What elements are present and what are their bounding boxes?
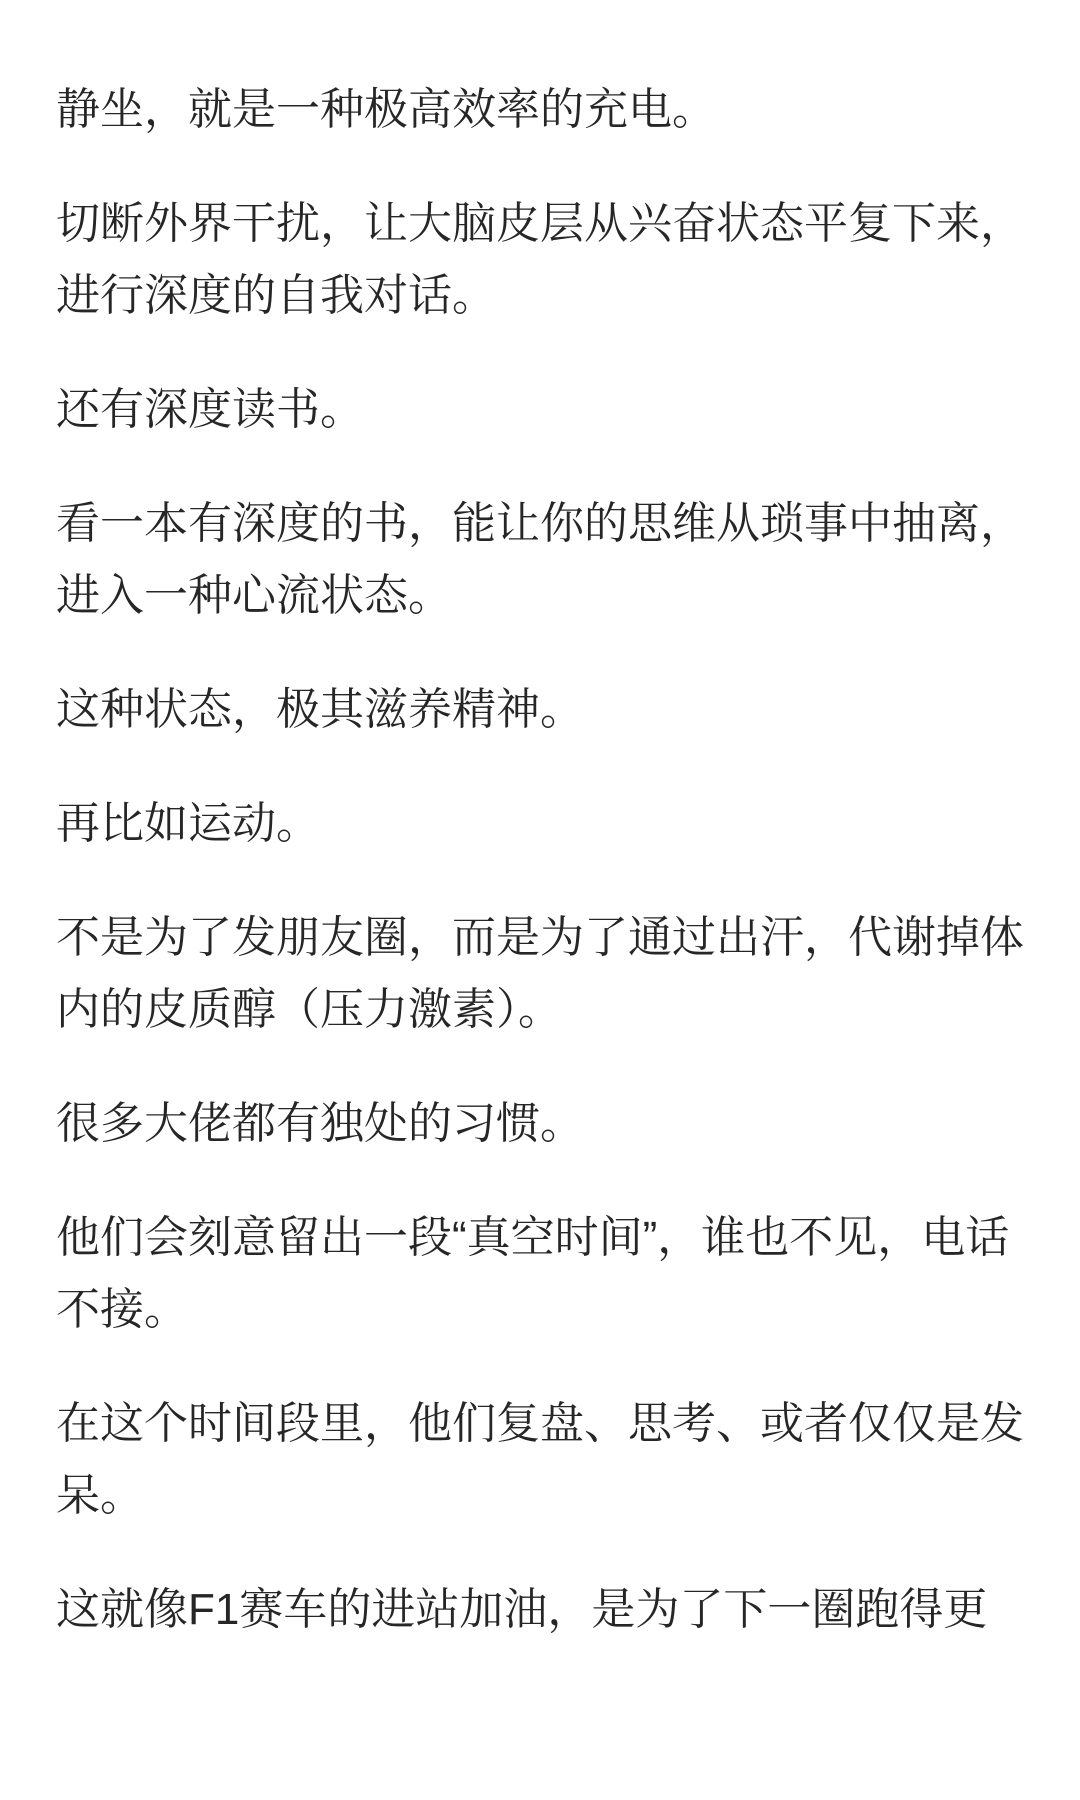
text-line: 内的皮质醇（压力激素）。: [56, 974, 1026, 1046]
text-line: 不是为了发朋友圈，而是为了通过出汗，代谢掉体: [56, 902, 1026, 974]
paragraph: 再比如运动。: [56, 788, 1026, 860]
text-line: 在这个时间段里，他们复盘、思考、或者仅仅是发: [56, 1388, 1026, 1460]
paragraph: 切断外界干扰，让大脑皮层从兴奋状态平复下来，进行深度的自我对话。: [56, 188, 1026, 332]
text-line: 他们会刻意留出一段“真空时间”，谁也不见，电话: [56, 1202, 1026, 1274]
text-line: 这就像F1赛车的进站加油，是为了下一圈跑得更: [56, 1574, 1026, 1646]
text-line: 进入一种心流状态。: [56, 560, 1026, 632]
text-line: 切断外界干扰，让大脑皮层从兴奋状态平复下来，: [56, 188, 1026, 260]
text-line: 还有深度读书。: [56, 374, 1026, 446]
paragraph: 看一本有深度的书，能让你的思维从琐事中抽离，进入一种心流状态。: [56, 488, 1026, 632]
paragraph: 不是为了发朋友圈，而是为了通过出汗，代谢掉体内的皮质醇（压力激素）。: [56, 902, 1026, 1046]
paragraph: 在这个时间段里，他们复盘、思考、或者仅仅是发呆。: [56, 1388, 1026, 1532]
text-line: 很多大佬都有独处的习惯。: [56, 1088, 1026, 1160]
paragraph: 还有深度读书。: [56, 374, 1026, 446]
paragraph: 很多大佬都有独处的习惯。: [56, 1088, 1026, 1160]
text-line: 看一本有深度的书，能让你的思维从琐事中抽离，: [56, 488, 1026, 560]
text-line: 这种状态，极其滋养精神。: [56, 674, 1026, 746]
paragraph: 静坐，就是一种极高效率的充电。: [56, 74, 1026, 146]
text-line: 静坐，就是一种极高效率的充电。: [56, 74, 1026, 146]
paragraph: 他们会刻意留出一段“真空时间”，谁也不见，电话不接。: [56, 1202, 1026, 1346]
article-body: 静坐，就是一种极高效率的充电。切断外界干扰，让大脑皮层从兴奋状态平复下来，进行深…: [0, 0, 1080, 1646]
text-line: 再比如运动。: [56, 788, 1026, 860]
paragraph: 这就像F1赛车的进站加油，是为了下一圈跑得更: [56, 1574, 1026, 1646]
text-line: 不接。: [56, 1274, 1026, 1346]
text-line: 进行深度的自我对话。: [56, 260, 1026, 332]
text-line: 呆。: [56, 1460, 1026, 1532]
paragraph: 这种状态，极其滋养精神。: [56, 674, 1026, 746]
